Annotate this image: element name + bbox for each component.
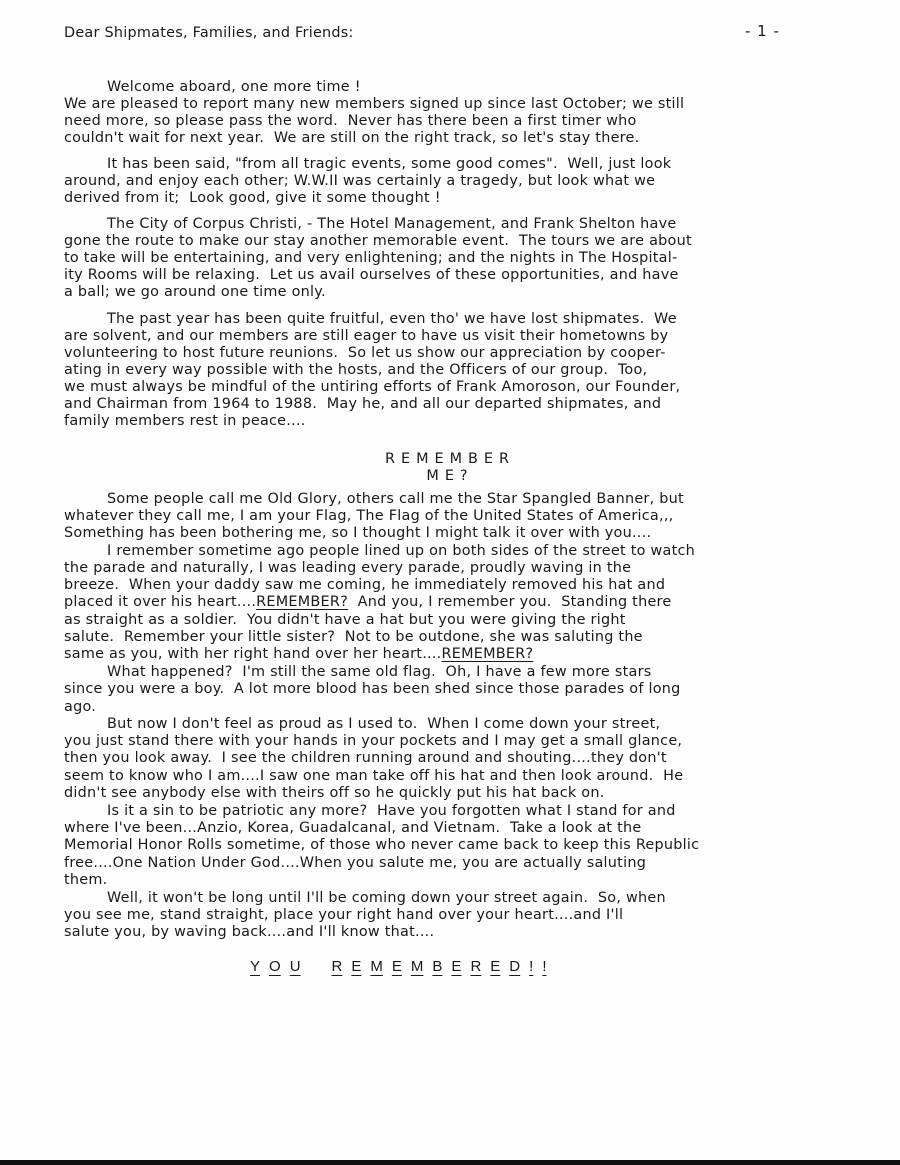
letter-line: It has been said, "from all tragic event… [107, 156, 671, 173]
poem-text: since you were a boy. A lot more blood h… [64, 681, 681, 697]
poem-line: then you look away. I see the children r… [64, 750, 667, 767]
letter-line: derived from it; Look good, give it some… [64, 190, 441, 207]
poem-text: And you, I remember you. Standing there [348, 594, 671, 610]
poem-line: Memorial Honor Rolls sometime, of those … [64, 837, 699, 854]
poem-line: Well, it won't be long until I'll be com… [107, 890, 666, 907]
poem-line: them. [64, 872, 107, 889]
letter-line: to take will be entertaining, and very e… [64, 250, 677, 267]
emphasis-remember: REMEMBER? [256, 594, 348, 610]
poem-text: placed it over his heart.... [64, 594, 256, 610]
poem-line: Some people call me Old Glory, others ca… [107, 491, 684, 508]
closing-letter: E [392, 958, 402, 975]
poem-line: ago. [64, 699, 96, 716]
closing-letter: O [269, 958, 281, 975]
poem-line: salute you, by waving back....and I'll k… [64, 924, 434, 941]
closing-letter: E [351, 958, 361, 975]
poem-text: But now I don't feel as proud as I used … [107, 716, 660, 732]
poem-line: free....One Nation Under God....When you… [64, 855, 646, 872]
closing-letter: E [451, 958, 461, 975]
closing-letter: R [332, 958, 343, 975]
letter-line: a ball; we go around one time only. [64, 284, 326, 301]
letter-line: ating in every way possible with the hos… [64, 362, 647, 379]
poem-text: the parade and naturally, I was leading … [64, 560, 631, 576]
closing-letter: ! [542, 958, 546, 975]
poem-line: as straight as a soldier. You didn't hav… [64, 612, 626, 629]
poem-text: didn't see anybody else with theirs off … [64, 785, 605, 801]
poem-line: I remember sometime ago people lined up … [107, 543, 695, 560]
poem-line: the parade and naturally, I was leading … [64, 560, 631, 577]
poem-line: salute. Remember your little sister? Not… [64, 629, 643, 646]
poem-line: you just stand there with your hands in … [64, 733, 682, 750]
poem-text: then you look away. I see the children r… [64, 750, 667, 766]
letter-line: family members rest in peace.... [64, 413, 306, 430]
poem-line: you see me, stand straight, place your r… [64, 907, 623, 924]
poem-text: Memorial Honor Rolls sometime, of those … [64, 837, 699, 853]
poem-text: as straight as a soldier. You didn't hav… [64, 612, 626, 628]
letter-line: need more, so please pass the word. Neve… [64, 113, 637, 130]
letter-line: and Chairman from 1964 to 1988. May he, … [64, 396, 661, 413]
poem-line: But now I don't feel as proud as I used … [107, 716, 660, 733]
poem-text: you see me, stand straight, place your r… [64, 907, 623, 923]
letter-line: The past year has been quite fruitful, e… [107, 311, 677, 328]
poem-line: didn't see anybody else with theirs off … [64, 785, 605, 802]
letter-line: ity Rooms will be relaxing. Let us avail… [64, 267, 679, 284]
poem-text: same as you, with her right hand over he… [64, 646, 442, 662]
closing-letter: E [490, 958, 500, 975]
letter-line: We are pleased to report many new member… [64, 96, 684, 113]
closing-phrase: YOUREMEMBERED!! [250, 958, 555, 975]
poem-text: them. [64, 872, 107, 888]
scan-edge-bar [0, 1160, 900, 1165]
closing-letter: ! [529, 958, 533, 975]
page-number: - 1 - [745, 22, 780, 40]
poem-text: Something has been bothering me, so I th… [64, 525, 651, 541]
poem-text: salute. Remember your little sister? Not… [64, 629, 643, 645]
poem-text: ago. [64, 699, 96, 715]
letter-line: gone the route to make our stay another … [64, 233, 692, 250]
poem-text: What happened? I'm still the same old fl… [107, 664, 651, 680]
poem-text: free....One Nation Under God....When you… [64, 855, 646, 871]
poem-text: where I've been...Anzio, Korea, Guadalca… [64, 820, 642, 836]
closing-letter: R [470, 958, 481, 975]
poem-line: same as you, with her right hand over he… [64, 646, 533, 663]
poem-text: Is it a sin to be patriotic any more? Ha… [107, 803, 676, 819]
closing-letter: M [370, 958, 383, 975]
poem-line: where I've been...Anzio, Korea, Guadalca… [64, 820, 642, 837]
salutation: Dear Shipmates, Families, and Friends: [64, 25, 354, 42]
letter-line: we must always be mindful of the untirin… [64, 379, 680, 396]
poem-line: Is it a sin to be patriotic any more? Ha… [107, 803, 676, 820]
poem-line: breeze. When your daddy saw me coming, h… [64, 577, 665, 594]
poem-title-line-2: ME? [0, 468, 900, 485]
poem-text: salute you, by waving back....and I'll k… [64, 924, 434, 940]
poem-text: seem to know who I am....I saw one man t… [64, 768, 683, 784]
poem-text: Well, it won't be long until I'll be com… [107, 890, 666, 906]
poem-text: breeze. When your daddy saw me coming, h… [64, 577, 665, 593]
poem-text: I remember sometime ago people lined up … [107, 543, 695, 559]
poem-line: Something has been bothering me, so I th… [64, 525, 651, 542]
poem-text: Some people call me Old Glory, others ca… [107, 491, 684, 507]
poem-text: you just stand there with your hands in … [64, 733, 682, 749]
poem-line: What happened? I'm still the same old fl… [107, 664, 651, 681]
poem-line: since you were a boy. A lot more blood h… [64, 681, 681, 698]
closing-letter: U [290, 958, 301, 975]
letter-line: Welcome aboard, one more time ! [107, 79, 361, 96]
poem-title-line-1: REMEMBER [0, 451, 900, 468]
letter-line: couldn't wait for next year. We are stil… [64, 130, 639, 147]
letter-line: are solvent, and our members are still e… [64, 328, 668, 345]
letter-line: around, and enjoy each other; W.W.II was… [64, 173, 655, 190]
poem-line: placed it over his heart....REMEMBER? An… [64, 594, 672, 611]
letter-line: volunteering to host future reunions. So… [64, 345, 666, 362]
poem-line: seem to know who I am....I saw one man t… [64, 768, 683, 785]
letter-line: The City of Corpus Christi, - The Hotel … [107, 216, 676, 233]
emphasis-remember: REMEMBER? [442, 646, 534, 662]
closing-letter: B [432, 958, 442, 975]
poem-line: whatever they call me, I am your Flag, T… [64, 508, 673, 525]
closing-letter: Y [250, 958, 260, 975]
poem-text: whatever they call me, I am your Flag, T… [64, 508, 673, 524]
closing-letter: M [411, 958, 424, 975]
closing-letter: D [509, 958, 520, 975]
document-page: - 1 - Dear Shipmates, Families, and Frie… [0, 0, 900, 1165]
